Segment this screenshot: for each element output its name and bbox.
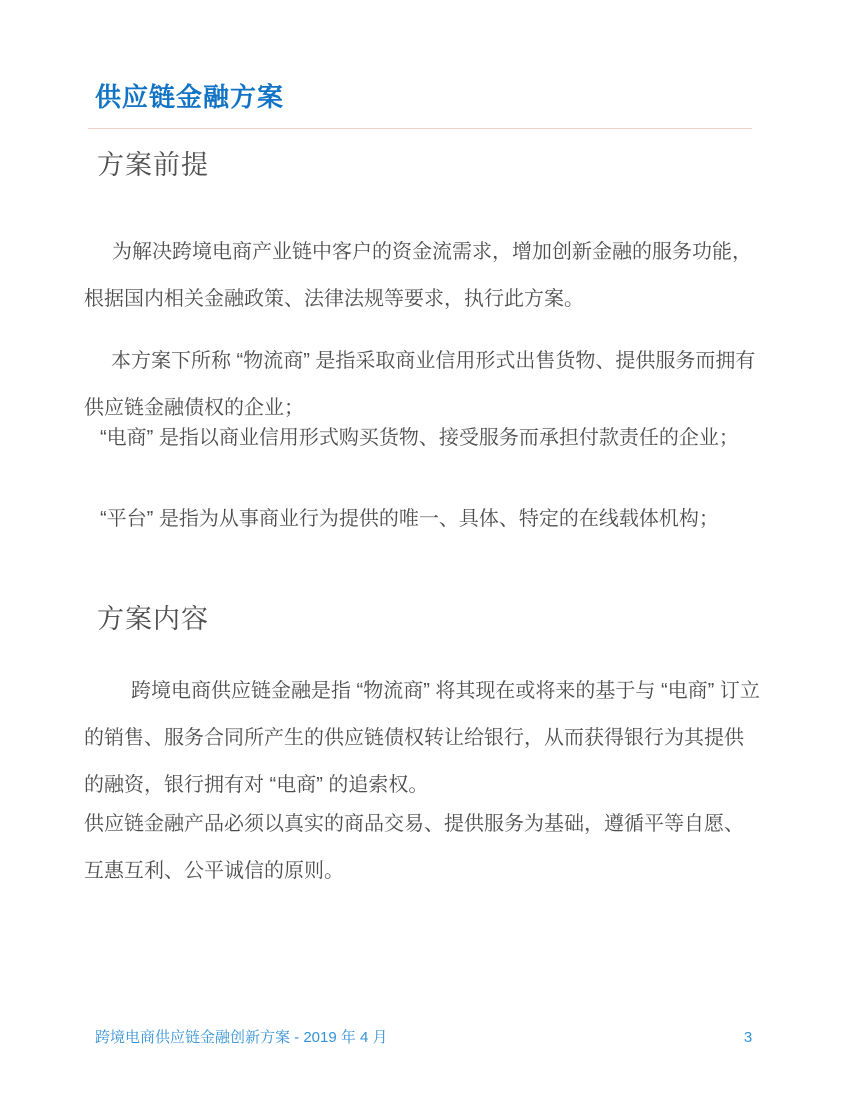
paragraph-content-definition: 跨境电商供应链金融是指 “物流商” 将其现在或将来的基于与 “电商” 订立的销售… bbox=[84, 668, 760, 809]
paragraph-premise-intro: 为解决跨境电商产业链中客户的资金流需求，增加创新金融的服务功能，根据国内相关金融… bbox=[84, 229, 760, 323]
paragraph-definition-ecommerce: “电商” 是指以商业信用形式购买货物、接受服务而承担付款责任的企业； bbox=[84, 415, 760, 462]
paragraph-definition-platform: “平台” 是指为从事商业行为提供的唯一、具体、特定的在线载体机构； bbox=[84, 496, 760, 543]
paragraph-content-principles: 供应链金融产品必须以真实的商品交易、提供服务为基础，遵循平等自愿、互惠互利、公平… bbox=[84, 801, 760, 895]
document-page: 供应链金融方案 方案前提 为解决跨境电商产业链中客户的资金流需求，增加创新金融的… bbox=[0, 0, 850, 1100]
footer-page-number: 3 bbox=[738, 1028, 758, 1048]
section-heading-premise: 方案前提 bbox=[97, 150, 209, 180]
footer-document-title: 跨境电商供应链金融创新方案 - 2019 年 4 月 bbox=[95, 1028, 388, 1048]
section-heading-content: 方案内容 bbox=[97, 604, 209, 634]
title-divider bbox=[88, 128, 752, 129]
document-title: 供应链金融方案 bbox=[95, 82, 284, 112]
